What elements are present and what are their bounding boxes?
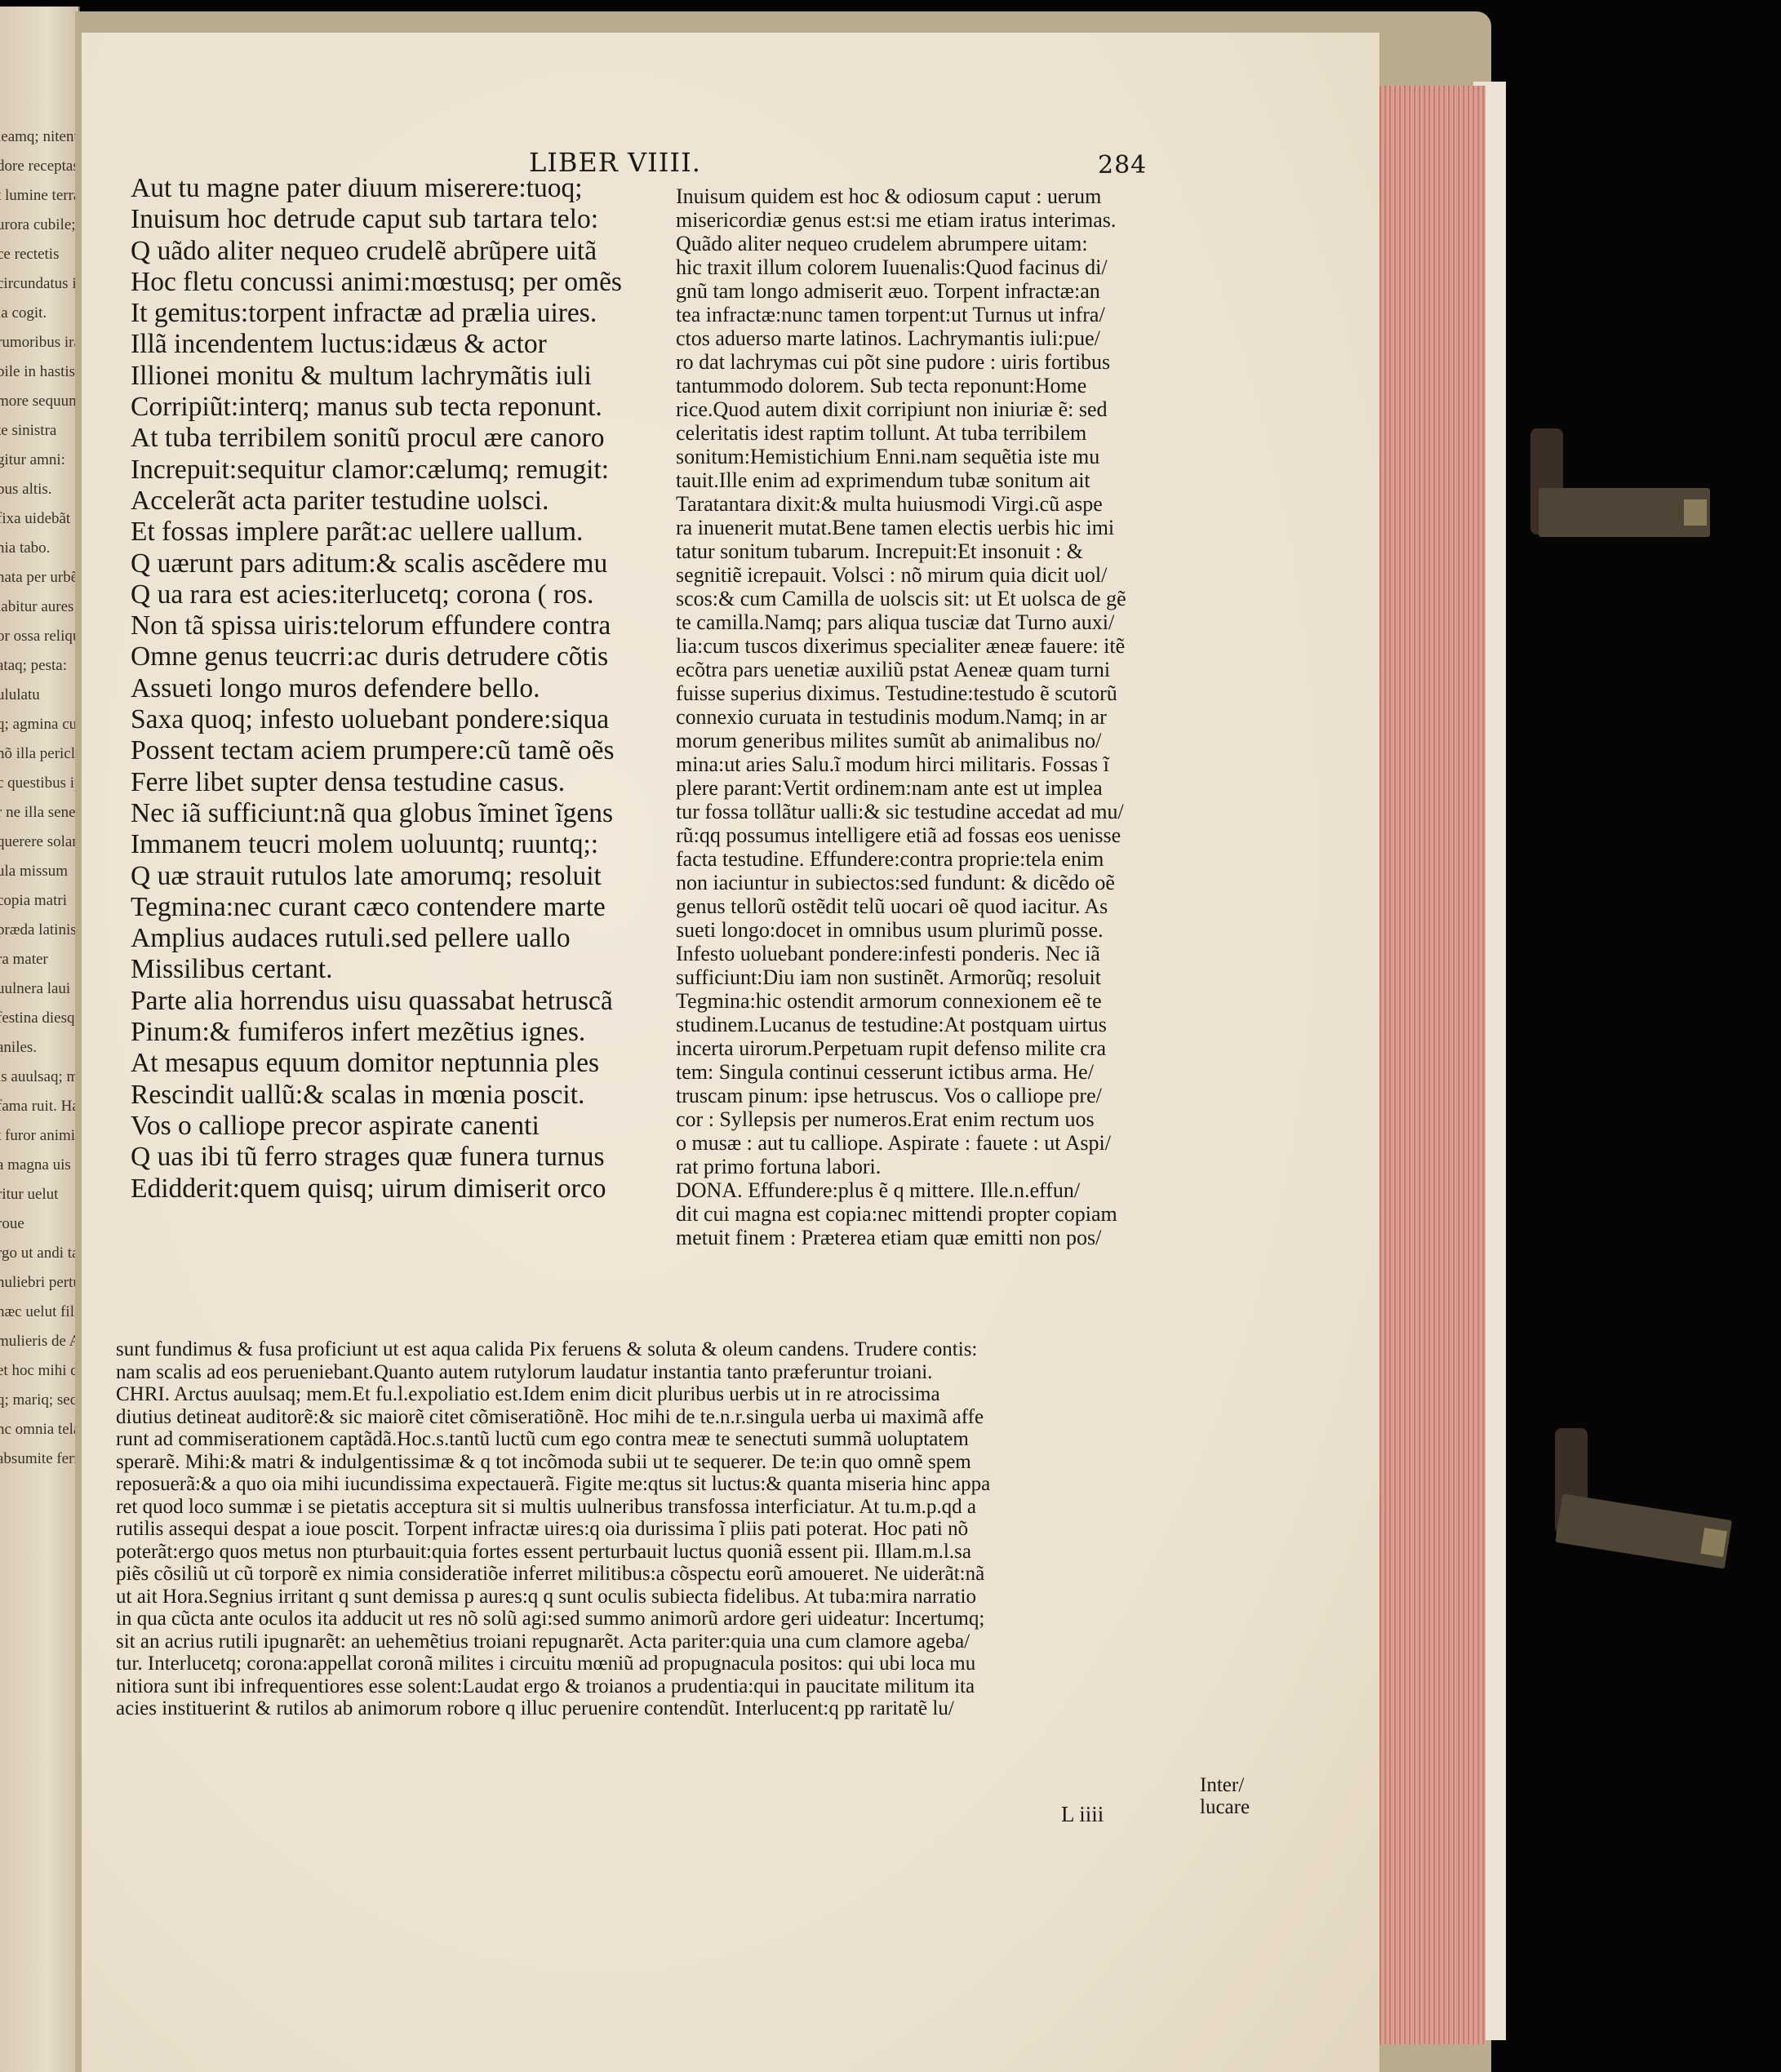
adjacent-page-text-fragment: more sequunt — [0, 393, 78, 409]
text-line: scos:& cum Camilla de uolscis sit: ut Et… — [676, 587, 1126, 610]
adjacent-page-text-fragment: ataq; pesta: — [0, 658, 78, 673]
adjacent-page-text-fragment: leamq; nitentem — [0, 129, 78, 144]
text-line: Illã incendentem luctus:idæus & actor — [131, 329, 622, 360]
text-line: CHRI. Arctus auulsaq; mem.Et fu.l.expoli… — [116, 1383, 990, 1406]
adjacent-page-text-fragment: ra mater — [0, 952, 78, 967]
adjacent-page-text-fragment: festina diesq; — [0, 1010, 78, 1026]
text-line: Q uãdo aliter nequeo crudelẽ abrũpere ui… — [131, 236, 622, 267]
text-line: ra inuenerit mutat.Bene tamen electis ue… — [676, 516, 1126, 539]
clasp-strap-upper — [1539, 488, 1710, 537]
text-line: reposuerã:& a quo oia mihi iucundissima … — [116, 1473, 990, 1496]
adjacent-page-text-fragment: querere solam — [0, 834, 78, 850]
adjacent-page-text-fragment: c questibus iplet. — [0, 775, 78, 791]
text-line: tatur sonitum tubarum. Increpuit:Et inso… — [676, 539, 1126, 563]
adjacent-left-page: leamq; nitentemdore receptas,t lumine te… — [0, 7, 80, 2072]
text-line: Corripiũt:interq; manus sub tecta reponu… — [131, 392, 622, 423]
text-line: sperarẽ. Mihi:& matri & indulgentissimæ … — [116, 1451, 990, 1474]
text-line: ro dat lachrymas cui põt sine pudore : u… — [676, 350, 1126, 374]
adjacent-page-text-fragment: nuliebri perturbatio — [0, 1275, 78, 1290]
text-line: sunt fundimus & fusa proficiunt ut est a… — [116, 1338, 990, 1361]
text-line: ecõtra pars uenetiæ auxiliũ pstat Aeneæ … — [676, 658, 1126, 681]
adjacent-page-text-fragment: bile in hastis — [0, 364, 78, 379]
margin-note-line-2: lucare — [1200, 1796, 1250, 1819]
text-line: nitiora sunt ibi infrequentiores esse so… — [116, 1675, 990, 1698]
text-line: At tuba terribilem sonitũ procul ære can… — [131, 423, 622, 454]
commentary-column: Inuisum quidem est hoc & odiosum caput :… — [676, 184, 1126, 1249]
adjacent-page-text-fragment: nc omnia tela — [0, 1422, 78, 1437]
text-line: ut ait Hora.Segnius irritant q sunt demi… — [116, 1586, 990, 1608]
text-line: in qua cũcta ante oculos ita adducit ut … — [116, 1608, 990, 1631]
adjacent-page-text-fragment: a magna uis — [0, 1157, 78, 1173]
text-line: sueti longo:docet in omnibus usum plurim… — [676, 918, 1126, 942]
text-line: lia:cum tuscos dixerimus specialiter æne… — [676, 634, 1126, 658]
text-line: Ferre libet supter densa testudine casus… — [131, 767, 622, 798]
red-stained-fore-edge — [1379, 86, 1486, 2044]
adjacent-page-text-fragment: nia tabo. — [0, 540, 78, 556]
text-line: Infesto uoluebant pondere:infesti ponder… — [676, 942, 1126, 965]
text-line: connexio curuata in testudinis modum.Nam… — [676, 705, 1126, 729]
text-line: Omne genus teucrri:ac duris detrudere cõ… — [131, 641, 622, 672]
adjacent-page-text-fragment: r ne illa senectæ — [0, 805, 78, 820]
text-line: Vos o calliope precor aspirate canenti — [131, 1111, 622, 1142]
text-line: ctos aduerso marte latinos. Lachrymantis… — [676, 326, 1126, 350]
text-line: tauit.Ille enim ad exprimendum tubæ soni… — [676, 468, 1126, 492]
text-line: facta testudine. Effundere:contra propri… — [676, 847, 1126, 871]
text-line: Aut tu magne pater diuum miserere:tuoq; — [131, 173, 622, 204]
text-line: sit an acrius rutili ipugnarẽt: an uehem… — [116, 1631, 990, 1653]
text-line: At mesapus equum domitor neptunnia ples — [131, 1048, 622, 1079]
adjacent-page-text-fragment: gitur amni: — [0, 452, 78, 468]
adjacent-page-text-fragment: circundatus iple — [0, 276, 78, 291]
text-line: rice.Quod autem dixit corripiunt non ini… — [676, 397, 1126, 421]
adjacent-page-text-fragment: rumoribus iras; — [0, 335, 78, 350]
text-line: Parte alia horrendus uisu quassabat hetr… — [131, 986, 622, 1017]
adjacent-page-text-fragment: ula missum — [0, 863, 78, 879]
adjacent-page-text-fragment: ritur uelut — [0, 1187, 78, 1202]
text-line: non iaciuntur in subiectos:sed fundunt: … — [676, 871, 1126, 894]
text-line: rat primo fortuna labori. — [676, 1155, 1126, 1178]
text-line: Assueti longo muros defendere bello. — [131, 673, 622, 704]
text-line: tem: Singula continui cesserunt ictibus … — [676, 1060, 1126, 1084]
text-line: Nec iã sufficiunt:nã qua globus ĩminet ĩ… — [131, 798, 622, 829]
text-line: dit cui magna est copia:nec mittendi pro… — [676, 1202, 1126, 1226]
text-line: tantummodo dolorem. Sub tecta reponunt:H… — [676, 374, 1126, 397]
text-line: nam scalis ad eos perueniebant.Quanto au… — [116, 1361, 990, 1384]
adjacent-page-text-fragment: labitur aures — [0, 599, 78, 615]
text-line: poterãt:ergo quos metus non pturbauit:qu… — [116, 1541, 990, 1564]
text-line: tur. Interlucetq; corona:appellat coronã… — [116, 1653, 990, 1675]
adjacent-page-text-fragment: fama ruit. Hanc — [0, 1098, 78, 1114]
adjacent-page-text-fragment: ululatu — [0, 687, 78, 703]
text-line: Et fossas implere parãt:ac uellere uallu… — [131, 517, 622, 548]
text-line: Edidderit:quem quisq; uirum dimiserit or… — [131, 1174, 622, 1205]
text-line: Accelerãt acta pariter testudine uolsci. — [131, 486, 622, 517]
text-line: misericordiæ genus est:si me etiam iratu… — [676, 208, 1126, 232]
text-line: It gemitus:torpent infractæ ad prælia ui… — [131, 298, 622, 329]
text-line: fuisse superius diximus. Testudine:testu… — [676, 681, 1126, 705]
adjacent-page-text-fragment: urora cubile; — [0, 217, 78, 233]
text-line: celeritatis idest raptim tollunt. At tub… — [676, 421, 1126, 445]
bottom-commentary: sunt fundimus & fusa proficiunt ut est a… — [116, 1338, 990, 1720]
clasp-strap-lower — [1555, 1493, 1732, 1568]
text-line: Q uærunt pars aditum:& scalis ascẽdere m… — [131, 548, 622, 579]
verse-column: Aut tu magne pater diuum miserere:tuoq;I… — [131, 173, 622, 1205]
text-line: sufficiunt:Diu iam non sustinẽt. Armorũq… — [676, 965, 1126, 989]
text-line: Taratantara dixit:& multa huiusmodi Virg… — [676, 492, 1126, 516]
text-line: Amplius audaces rutuli.sed pellere uallo — [131, 923, 622, 954]
adjacent-page-text-fragment: or ossa reliquit. — [0, 628, 78, 644]
text-line: truscam pinum: ipse hetruscus. Vos o cal… — [676, 1084, 1126, 1107]
text-line: plere parant:Vertit ordinem:nam ante est… — [676, 776, 1126, 800]
adjacent-page-text-fragment: rgo ut andi tanto — [0, 1245, 78, 1261]
text-line: DONA. Effundere:plus ẽ q mittere. Ille.n… — [676, 1178, 1126, 1202]
text-line: Inuisum hoc detrude caput sub tartara te… — [131, 204, 622, 235]
text-line: Tegmina:hic ostendit armorum connexionem… — [676, 989, 1126, 1013]
text-line: Rescindit uallũ:& scalas in mœnia poscit… — [131, 1080, 622, 1111]
adjacent-page-text-fragment: q; mariq; secuta: — [0, 1392, 78, 1408]
text-line: ret quod loco summæ i se pietatis accept… — [116, 1496, 990, 1519]
text-line: cor : Syllepsis per numeros.Erat enim re… — [676, 1107, 1126, 1131]
folio-number: 284 — [1098, 151, 1147, 180]
adjacent-page-text-fragment: roue — [0, 1216, 78, 1231]
text-line: Missilibus certant. — [131, 954, 622, 985]
adjacent-page-text-fragment: ia cogit. — [0, 305, 78, 321]
text-line: o musæ : aut tu calliope. Aspirate : fau… — [676, 1131, 1126, 1155]
adjacent-page-text-fragment: is auulsaq; mẽba — [0, 1069, 78, 1085]
adjacent-page-text-fragment: hæc uelut filiũ i/ — [0, 1304, 78, 1320]
text-line: Possent tectam aciem prumpere:cũ tamẽ oẽ… — [131, 735, 622, 766]
adjacent-page-text-fragment: bus altis. — [0, 481, 78, 497]
text-line: piẽs cõsiliũ ut cũ torporẽ ex nimia cons… — [116, 1563, 990, 1586]
adjacent-page-text-fragment: absumite ferro — [0, 1451, 78, 1466]
text-line: tea infractæ:nunc tamen torpent:ut Turnu… — [676, 303, 1126, 326]
text-line: gnũ tam longo admiserit æuo. Torpent inf… — [676, 279, 1126, 303]
adjacent-page-text-fragment: dore receptas, — [0, 158, 78, 174]
adjacent-page-text-fragment: t furor animi — [0, 1128, 78, 1143]
text-line: Saxa quoq; infesto uoluebant pondere:siq… — [131, 704, 622, 735]
adjacent-page-text-fragment: mulieris de Andro/ — [0, 1333, 78, 1349]
text-line: Q uas ibi tũ ferro strages quæ funera tu… — [131, 1142, 622, 1173]
text-line: Tegmina:nec curant cæco contendere marte — [131, 892, 622, 923]
margin-note-line-1: Inter/ — [1200, 1774, 1244, 1797]
adjacent-page-text-fragment: nõ illa pericli: — [0, 746, 78, 761]
text-line: rutilis assequi despat a ioue poscit. To… — [116, 1518, 990, 1541]
adjacent-page-text-fragment: fixa uidebãt — [0, 511, 78, 526]
text-line: Immanem teucri molem uoluuntq; ruuntq;: — [131, 829, 622, 860]
adjacent-page-text-fragment: et hoc mihi de te — [0, 1363, 78, 1378]
adjacent-page-text-fragment: nata per urbẽ — [0, 570, 78, 585]
text-line: te camilla.Namq; pars aliqua tusciæ dat … — [676, 610, 1126, 634]
text-line: morum generibus milites sumũt ab animali… — [676, 729, 1126, 752]
text-line: Hoc fletu concussi animi:mœstusq; per om… — [131, 267, 622, 298]
text-line: segnitiẽ icrepauit. Volsci : nõ mirum qu… — [676, 563, 1126, 587]
text-line: sonitum:Hemistichium Enni.nam sequẽtia i… — [676, 445, 1126, 468]
text-line: Inuisum quidem est hoc & odiosum caput :… — [676, 184, 1126, 208]
text-line: Q ua rara est acies:iterlucetq; corona (… — [131, 579, 622, 610]
adjacent-page-text-fragment: t lumine terras — [0, 188, 78, 203]
text-line: rũ:qq possumus intelligere etiã ad fossa… — [676, 823, 1126, 847]
signature-mark: L iiii — [1061, 1804, 1104, 1826]
adjacent-page-text-fragment: te sinistra — [0, 423, 78, 438]
text-line: diutius detineat auditorẽ:& sic maiorẽ c… — [116, 1406, 990, 1429]
text-line: Non tã spissa uiris:telorum effundere co… — [131, 610, 622, 641]
adjacent-page-text-fragment: præda latinis — [0, 922, 78, 938]
text-line: tur fossa tollãtur ualli:& sic testudine… — [676, 800, 1126, 823]
adjacent-page-text-fragment: uulnera laui — [0, 981, 78, 996]
text-line: Quãdo aliter nequeo crudelem abrumpere u… — [676, 232, 1126, 255]
adjacent-page-text-fragment: copia matri — [0, 893, 78, 908]
text-line: Pinum:& fumiferos infert mezẽtius ignes. — [131, 1017, 622, 1048]
text-line: acies instituerint & rutilos ab animorum… — [116, 1697, 990, 1720]
text-line: studinem.Lucanus de testudine:At postqua… — [676, 1013, 1126, 1036]
text-line: Increpuit:sequitur clamor:cælumq; remugi… — [131, 455, 622, 486]
text-line: metuit finem : Præterea etiam quæ emitti… — [676, 1226, 1126, 1249]
text-line: incerta uirorum.Perpetuam rupit defenso … — [676, 1036, 1126, 1060]
adjacent-page-text-fragment: aniles. — [0, 1040, 78, 1055]
text-line: Illionei monitu & multum lachrymãtis iul… — [131, 361, 622, 392]
adjacent-page-text-fragment: ce rectetis — [0, 246, 78, 262]
text-line: genus tellorũ ostẽdit telũ uocari oẽ quo… — [676, 894, 1126, 918]
text-line: mina:ut aries Salu.ĩ modum hirci militar… — [676, 752, 1126, 776]
adjacent-page-text-fragment: q; agmina cursu — [0, 717, 78, 732]
text-line: hic traxit illum colorem Iuuenalis:Quod … — [676, 255, 1126, 279]
text-line: runt ad commiserationem captãdã.Hoc.s.ta… — [116, 1428, 990, 1451]
text-line: Q uæ strauit rutulos late amorumq; resol… — [131, 861, 622, 892]
